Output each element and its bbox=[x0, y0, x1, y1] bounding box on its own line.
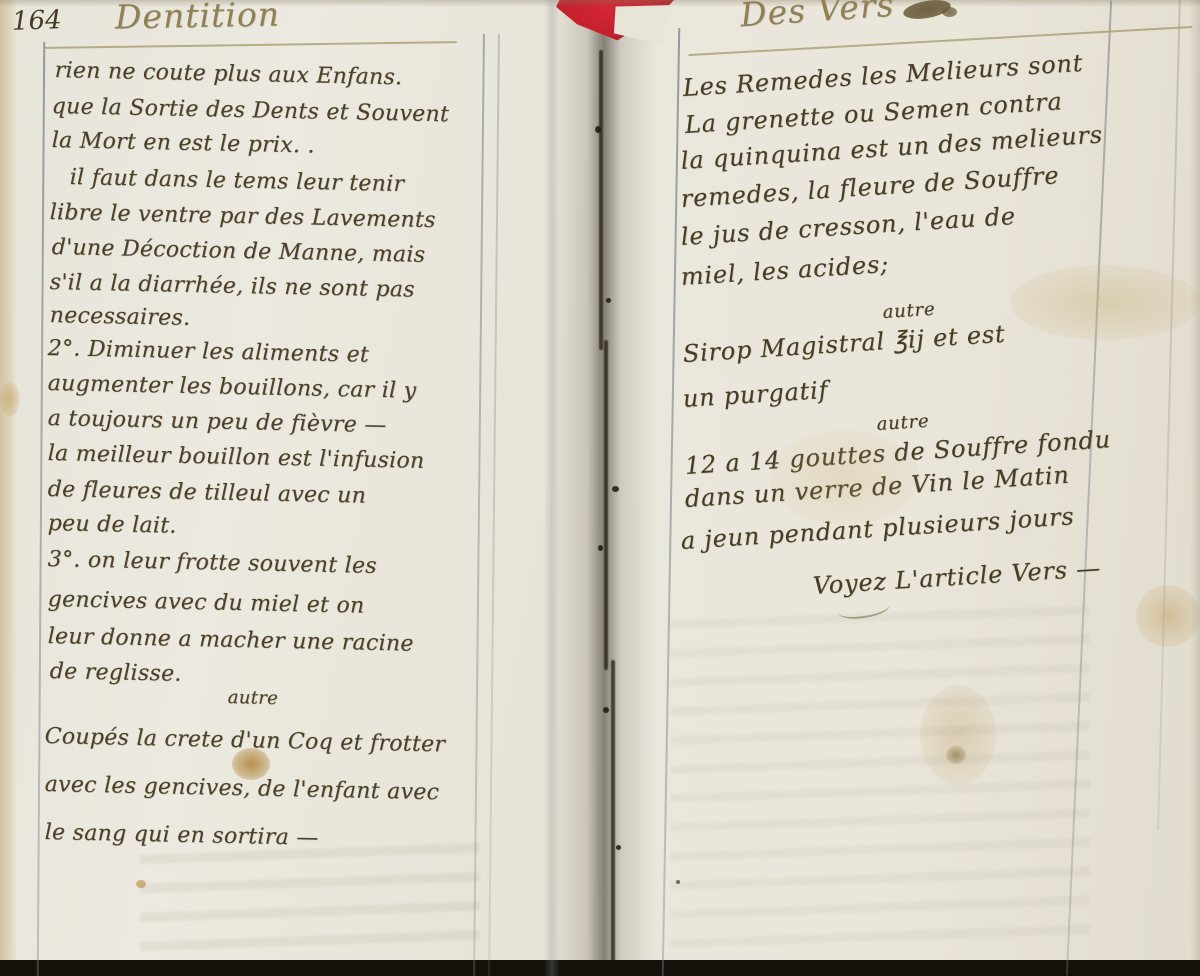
section-label-autre: autre bbox=[228, 687, 279, 709]
table-edge-bottom bbox=[0, 960, 1200, 976]
manuscript-photo: 164 Dentition Des Vers rien ne coute plu… bbox=[0, 0, 1200, 976]
stain bbox=[0, 382, 20, 416]
gutter-crease bbox=[604, 340, 608, 670]
shadow-right bbox=[1190, 0, 1200, 976]
ghost-showthrough bbox=[140, 835, 480, 960]
stain bbox=[1136, 585, 1200, 647]
ink-speck bbox=[612, 486, 619, 492]
left-page-title: Dentition bbox=[115, 0, 281, 36]
ink-speck bbox=[603, 707, 609, 713]
ink-blot bbox=[942, 7, 957, 17]
manuscript-line: peu de lait. bbox=[47, 511, 176, 539]
stain bbox=[770, 430, 920, 525]
manuscript-line: necessaires. bbox=[49, 303, 190, 331]
gutter-crease bbox=[599, 50, 603, 350]
manuscript-line: de reglisse. bbox=[49, 659, 181, 687]
page-crease bbox=[544, 0, 560, 976]
ink-speck bbox=[598, 545, 603, 551]
ink-speck bbox=[606, 298, 611, 303]
section-label-autre: autre bbox=[876, 411, 930, 435]
ghost-showthrough bbox=[670, 600, 1090, 950]
section-label-autre: autre bbox=[882, 299, 936, 323]
ink-speck bbox=[595, 126, 601, 133]
gutter-crease bbox=[611, 660, 615, 976]
stain bbox=[232, 748, 270, 780]
stain bbox=[1010, 265, 1200, 340]
page-edges-left bbox=[0, 0, 17, 976]
ink-speck bbox=[616, 845, 621, 850]
page-number: 164 bbox=[11, 5, 62, 37]
